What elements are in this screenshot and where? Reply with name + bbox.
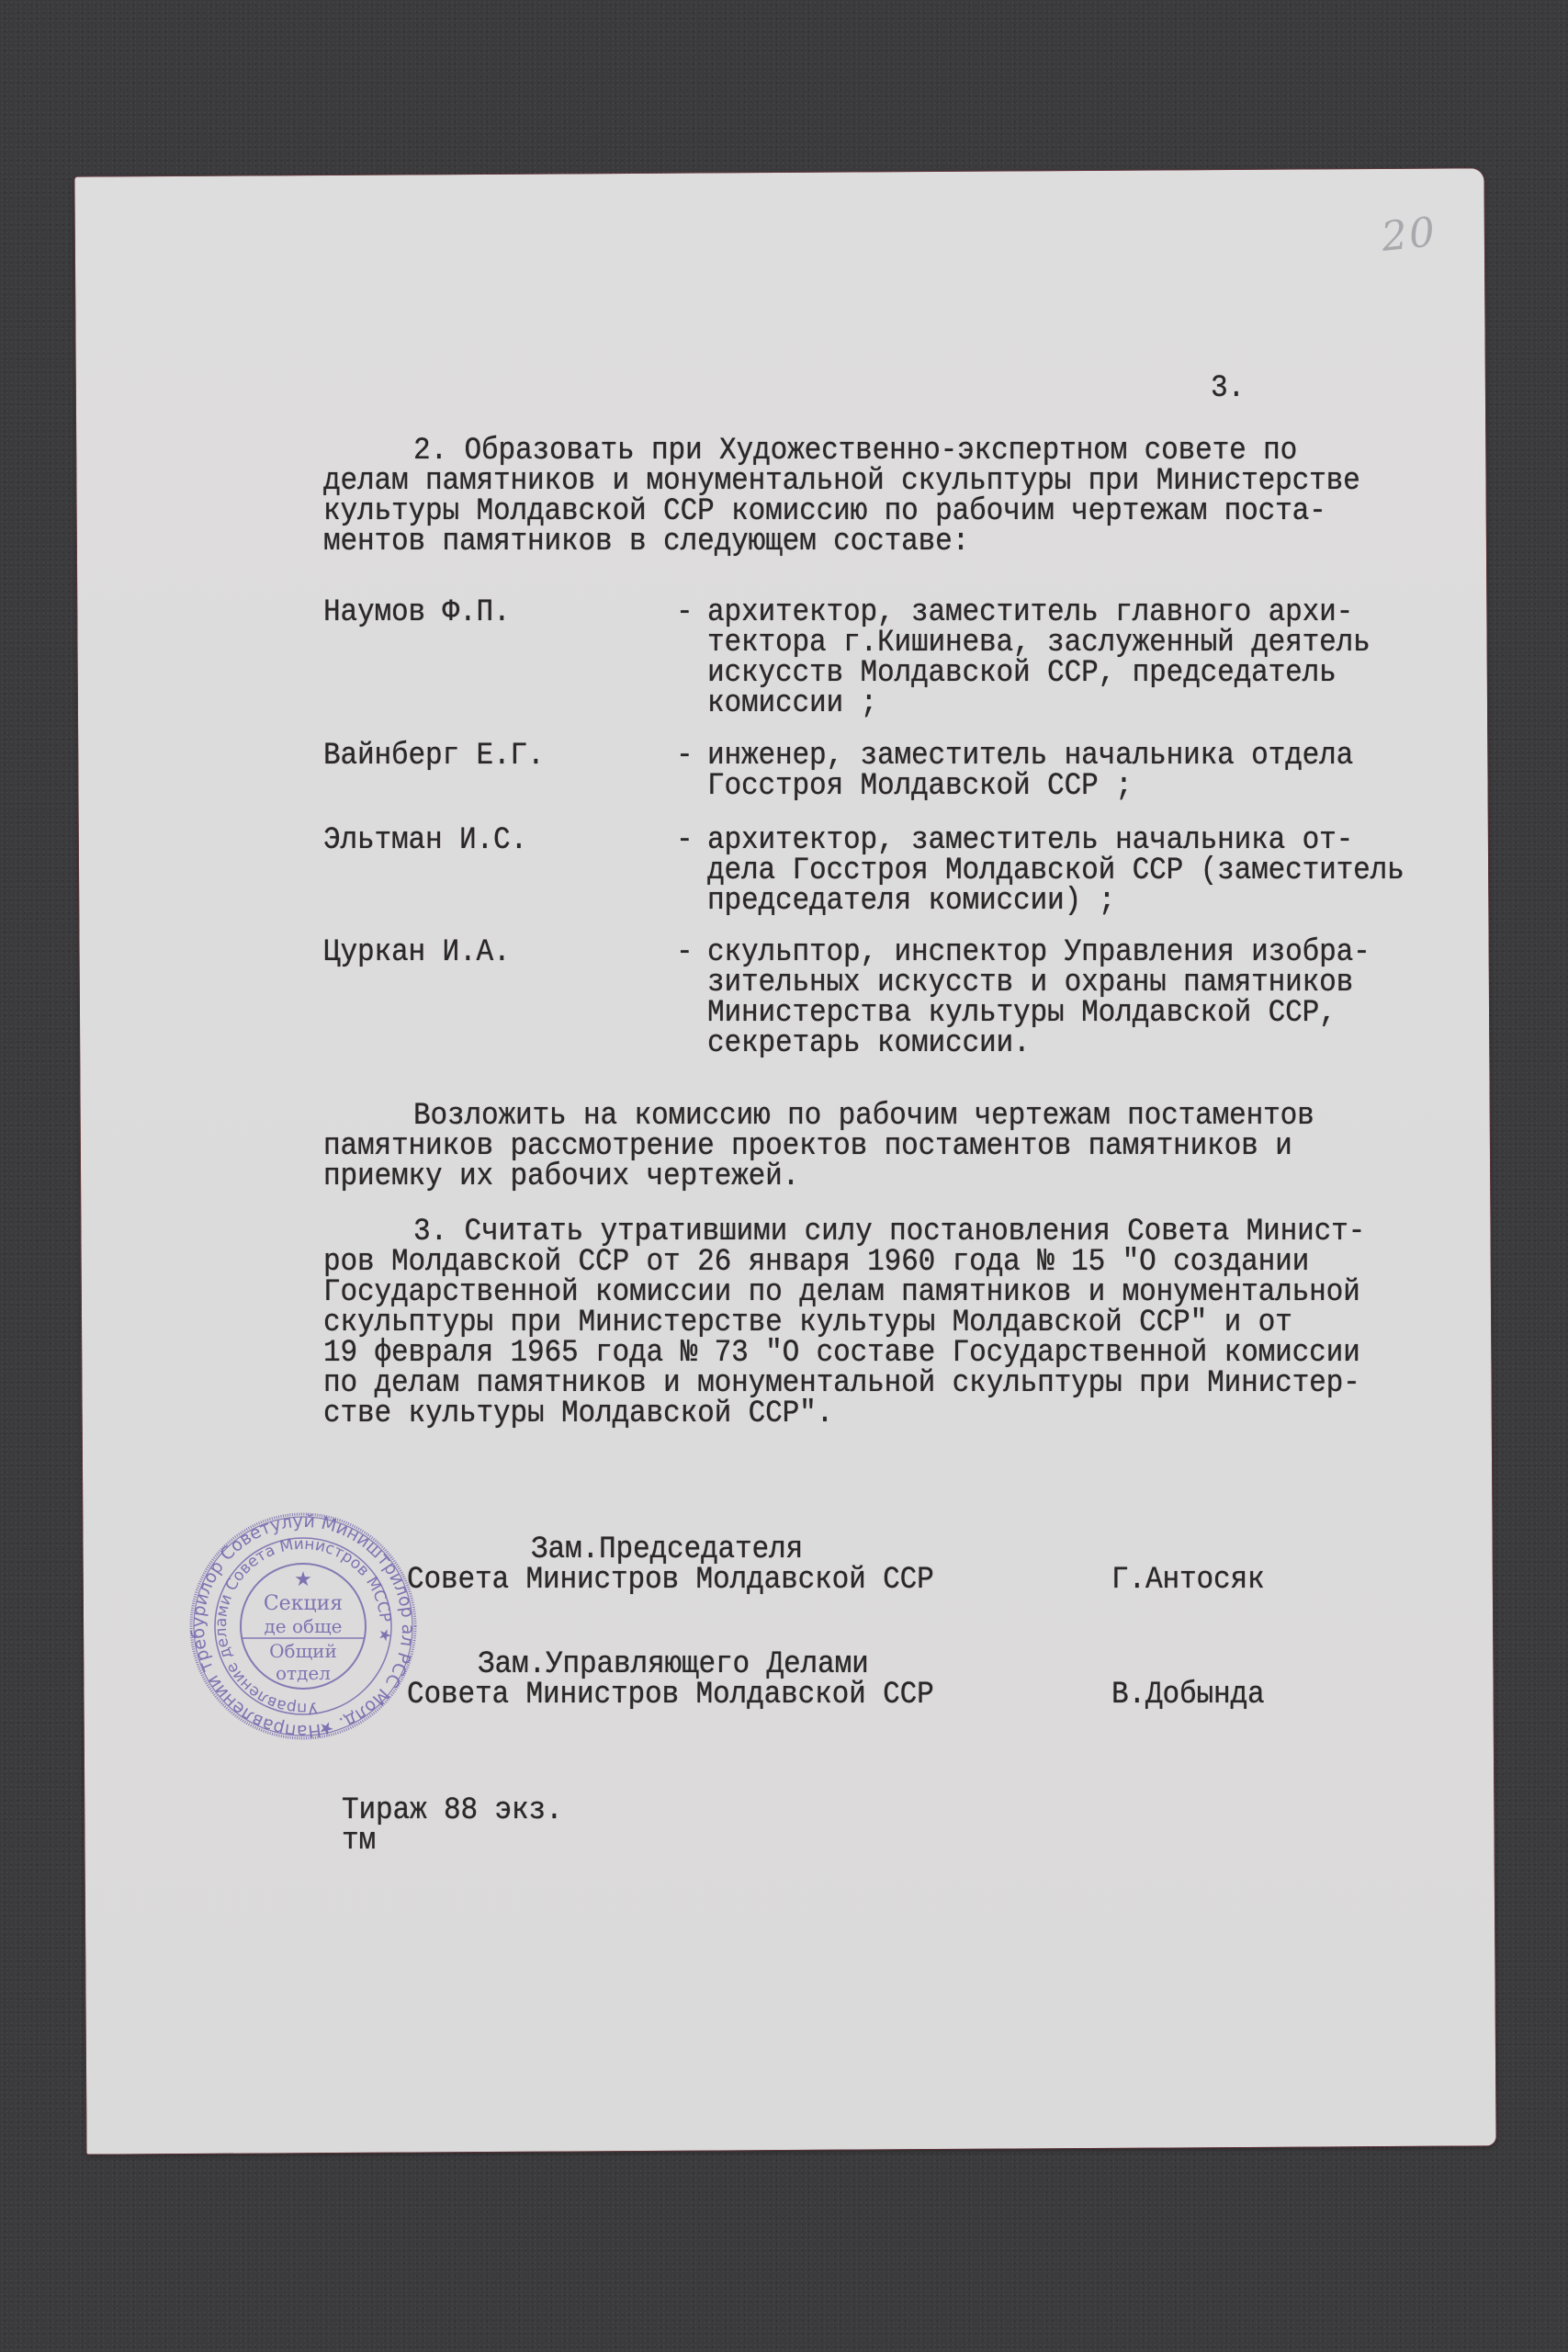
signatory-title: Совета Министров Молдавской ССР [407,1678,934,1712]
signatory-name: Г.Антосяк [1111,1563,1265,1597]
page-number: 3. [1211,371,1245,405]
description-line: комиссии ; [707,686,1371,720]
stamp-center-text: Секция [264,1592,343,1615]
paragraph-3: 3. Считать утратившими силу постановлени… [323,1215,1365,1427]
paragraph-line: приемку их рабочих чертежей. [323,1159,1314,1193]
member-dash: - [676,739,694,773]
description-line: секретарь комиссии. [707,1026,1371,1060]
member-name: Наумов Ф.П. [323,595,511,629]
member-name: Цуркан И.А. [323,935,511,969]
description-line: председателя комиссии) ; [707,884,1404,918]
official-round-stamp: Направлении требурилор Советулуй Миништр… [184,1507,423,1746]
signatory-name: В.Добында [1111,1678,1265,1712]
stamp-center-text: Общий [269,1640,337,1662]
signatory-title: Совета Министров Молдавской ССР [407,1563,934,1597]
duties-paragraph: Возложить на комиссию по рабочим чертежа… [323,1099,1314,1190]
stamp-star-icon: ★ [294,1568,312,1591]
stamp-center-text: отдел [276,1662,331,1684]
member-description: инженер, заместитель начальника отдела Г… [707,739,1353,799]
archive-sheet-number: 20 [1379,209,1438,261]
member-dash: - [676,595,694,629]
member-dash: - [676,935,694,969]
paragraph-line: стве культуры Молдавской ССР". [323,1396,1365,1430]
paragraph-2: 2. Образовать при Художественно-экспертн… [323,434,1360,555]
description-line: Госстроя Молдавской ССР ; [707,769,1353,803]
paragraph-line: ментов памятников в следующем составе: [323,525,1360,559]
member-dash: - [676,823,694,857]
member-description: архитектор, заместитель главного архи- т… [707,595,1371,717]
member-description: архитектор, заместитель начальника от- д… [707,823,1404,914]
member-name: Вайнберг Е.Г. [323,739,545,773]
member-description: скульптор, инспектор Управления изобра- … [707,935,1371,1057]
stamp-center-text: де обще [264,1615,342,1637]
member-name: Эльтман И.С. [323,823,527,857]
typist-initials: тм [342,1824,376,1858]
